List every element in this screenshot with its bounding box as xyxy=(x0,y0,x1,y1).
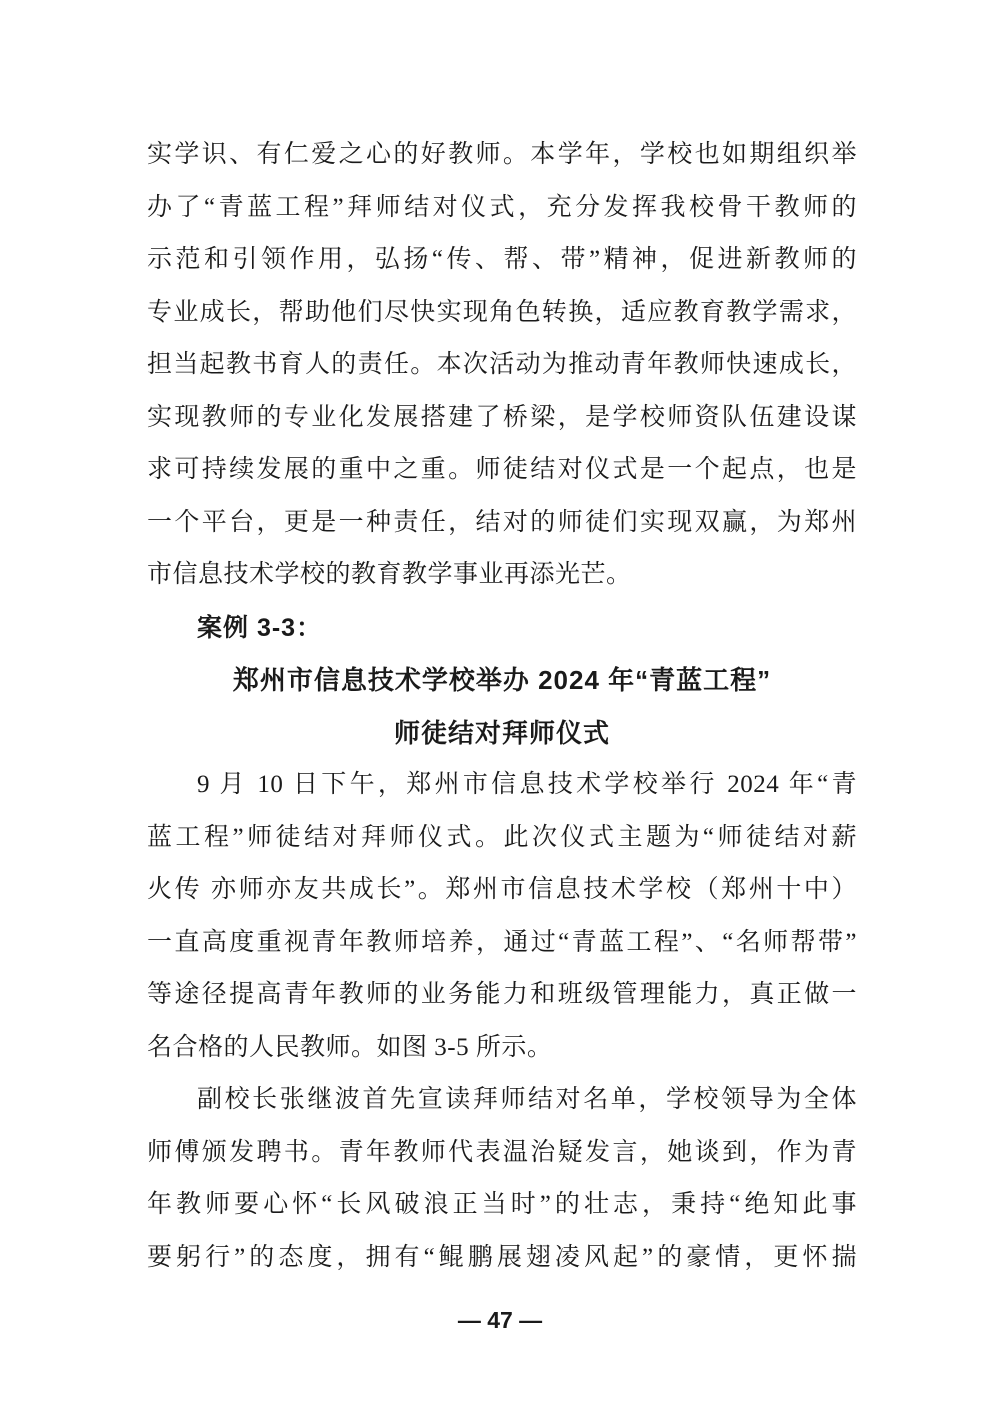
paragraph-1: 实学识、有仁爱之心的好教师。本学年，学校也如期组织举 办了“青蓝工程”拜师结对仪… xyxy=(147,129,857,602)
text-block: 实学识、有仁爱之心的好教师。本学年，学校也如期组织举 办了“青蓝工程”拜师结对仪… xyxy=(147,129,857,1284)
text-line: 要躬行”的态度，拥有“鲲鹏展翅凌风起”的豪情，更怀揣 xyxy=(147,1232,857,1285)
text-line: 担当起教书育人的责任。本次活动为推动青年教师快速成长， xyxy=(147,339,857,392)
text-line: 火传 亦师亦友共成长”。郑州市信息技术学校（郑州十中） xyxy=(147,864,857,917)
text-line: 一直高度重视青年教师培养，通过“青蓝工程”、“名师帮带” xyxy=(147,917,857,970)
text-line: 师傅颁发聘书。青年教师代表温治疑发言，她谈到，作为青 xyxy=(147,1127,857,1180)
paragraph-3: 副校长张继波首先宣读拜师结对名单，学校领导为全体 师傅颁发聘书。青年教师代表温治… xyxy=(147,1074,857,1284)
text-line: 实学识、有仁爱之心的好教师。本学年，学校也如期组织举 xyxy=(147,129,857,182)
text-line: 年教师要心怀“长风破浪正当时”的壮志，秉持“绝知此事 xyxy=(147,1179,857,1232)
text-line: 副校长张继波首先宣读拜师结对名单，学校领导为全体 xyxy=(147,1074,857,1127)
text-line: 蓝工程”师徒结对拜师仪式。此次仪式主题为“师徒结对薪 xyxy=(147,812,857,865)
text-line: 示范和引领作用，弘扬“传、帮、带”精神，促进新教师的 xyxy=(147,234,857,287)
section-title-line-2: 师徒结对拜师仪式 xyxy=(147,707,857,760)
paragraph-2: 9 月 10 日下午，郑州市信息技术学校举行 2024 年“青 蓝工程”师徒结对… xyxy=(147,759,857,1074)
text-line: 市信息技术学校的教育教学事业再添光芒。 xyxy=(147,549,857,602)
section-title: 郑州市信息技术学校举办 2024 年“青蓝工程” 师徒结对拜师仪式 xyxy=(147,654,857,759)
text-line: 办了“青蓝工程”拜师结对仪式，充分发挥我校骨干教师的 xyxy=(147,182,857,235)
text-line: 一个平台，更是一种责任，结对的师徒们实现双赢，为郑州 xyxy=(147,497,857,550)
text-line: 求可持续发展的重中之重。师徒结对仪式是一个起点，也是 xyxy=(147,444,857,497)
text-line: 等途径提高青年教师的业务能力和班级管理能力，真正做一 xyxy=(147,969,857,1022)
text-line: 实现教师的专业化发展搭建了桥梁，是学校师资队伍建设谋 xyxy=(147,392,857,445)
text-line: 专业成长，帮助他们尽快实现角色转换，适应教育教学需求， xyxy=(147,287,857,340)
document-page: 实学识、有仁爱之心的好教师。本学年，学校也如期组织举 办了“青蓝工程”拜师结对仪… xyxy=(0,0,1000,1414)
case-heading: 案例 3-3： xyxy=(147,602,857,655)
page-number: — 47 — xyxy=(0,1300,1000,1340)
section-title-line-1: 郑州市信息技术学校举办 2024 年“青蓝工程” xyxy=(147,654,857,707)
text-line: 名合格的人民教师。如图 3-5 所示。 xyxy=(147,1022,857,1075)
text-line: 9 月 10 日下午，郑州市信息技术学校举行 2024 年“青 xyxy=(147,759,857,812)
